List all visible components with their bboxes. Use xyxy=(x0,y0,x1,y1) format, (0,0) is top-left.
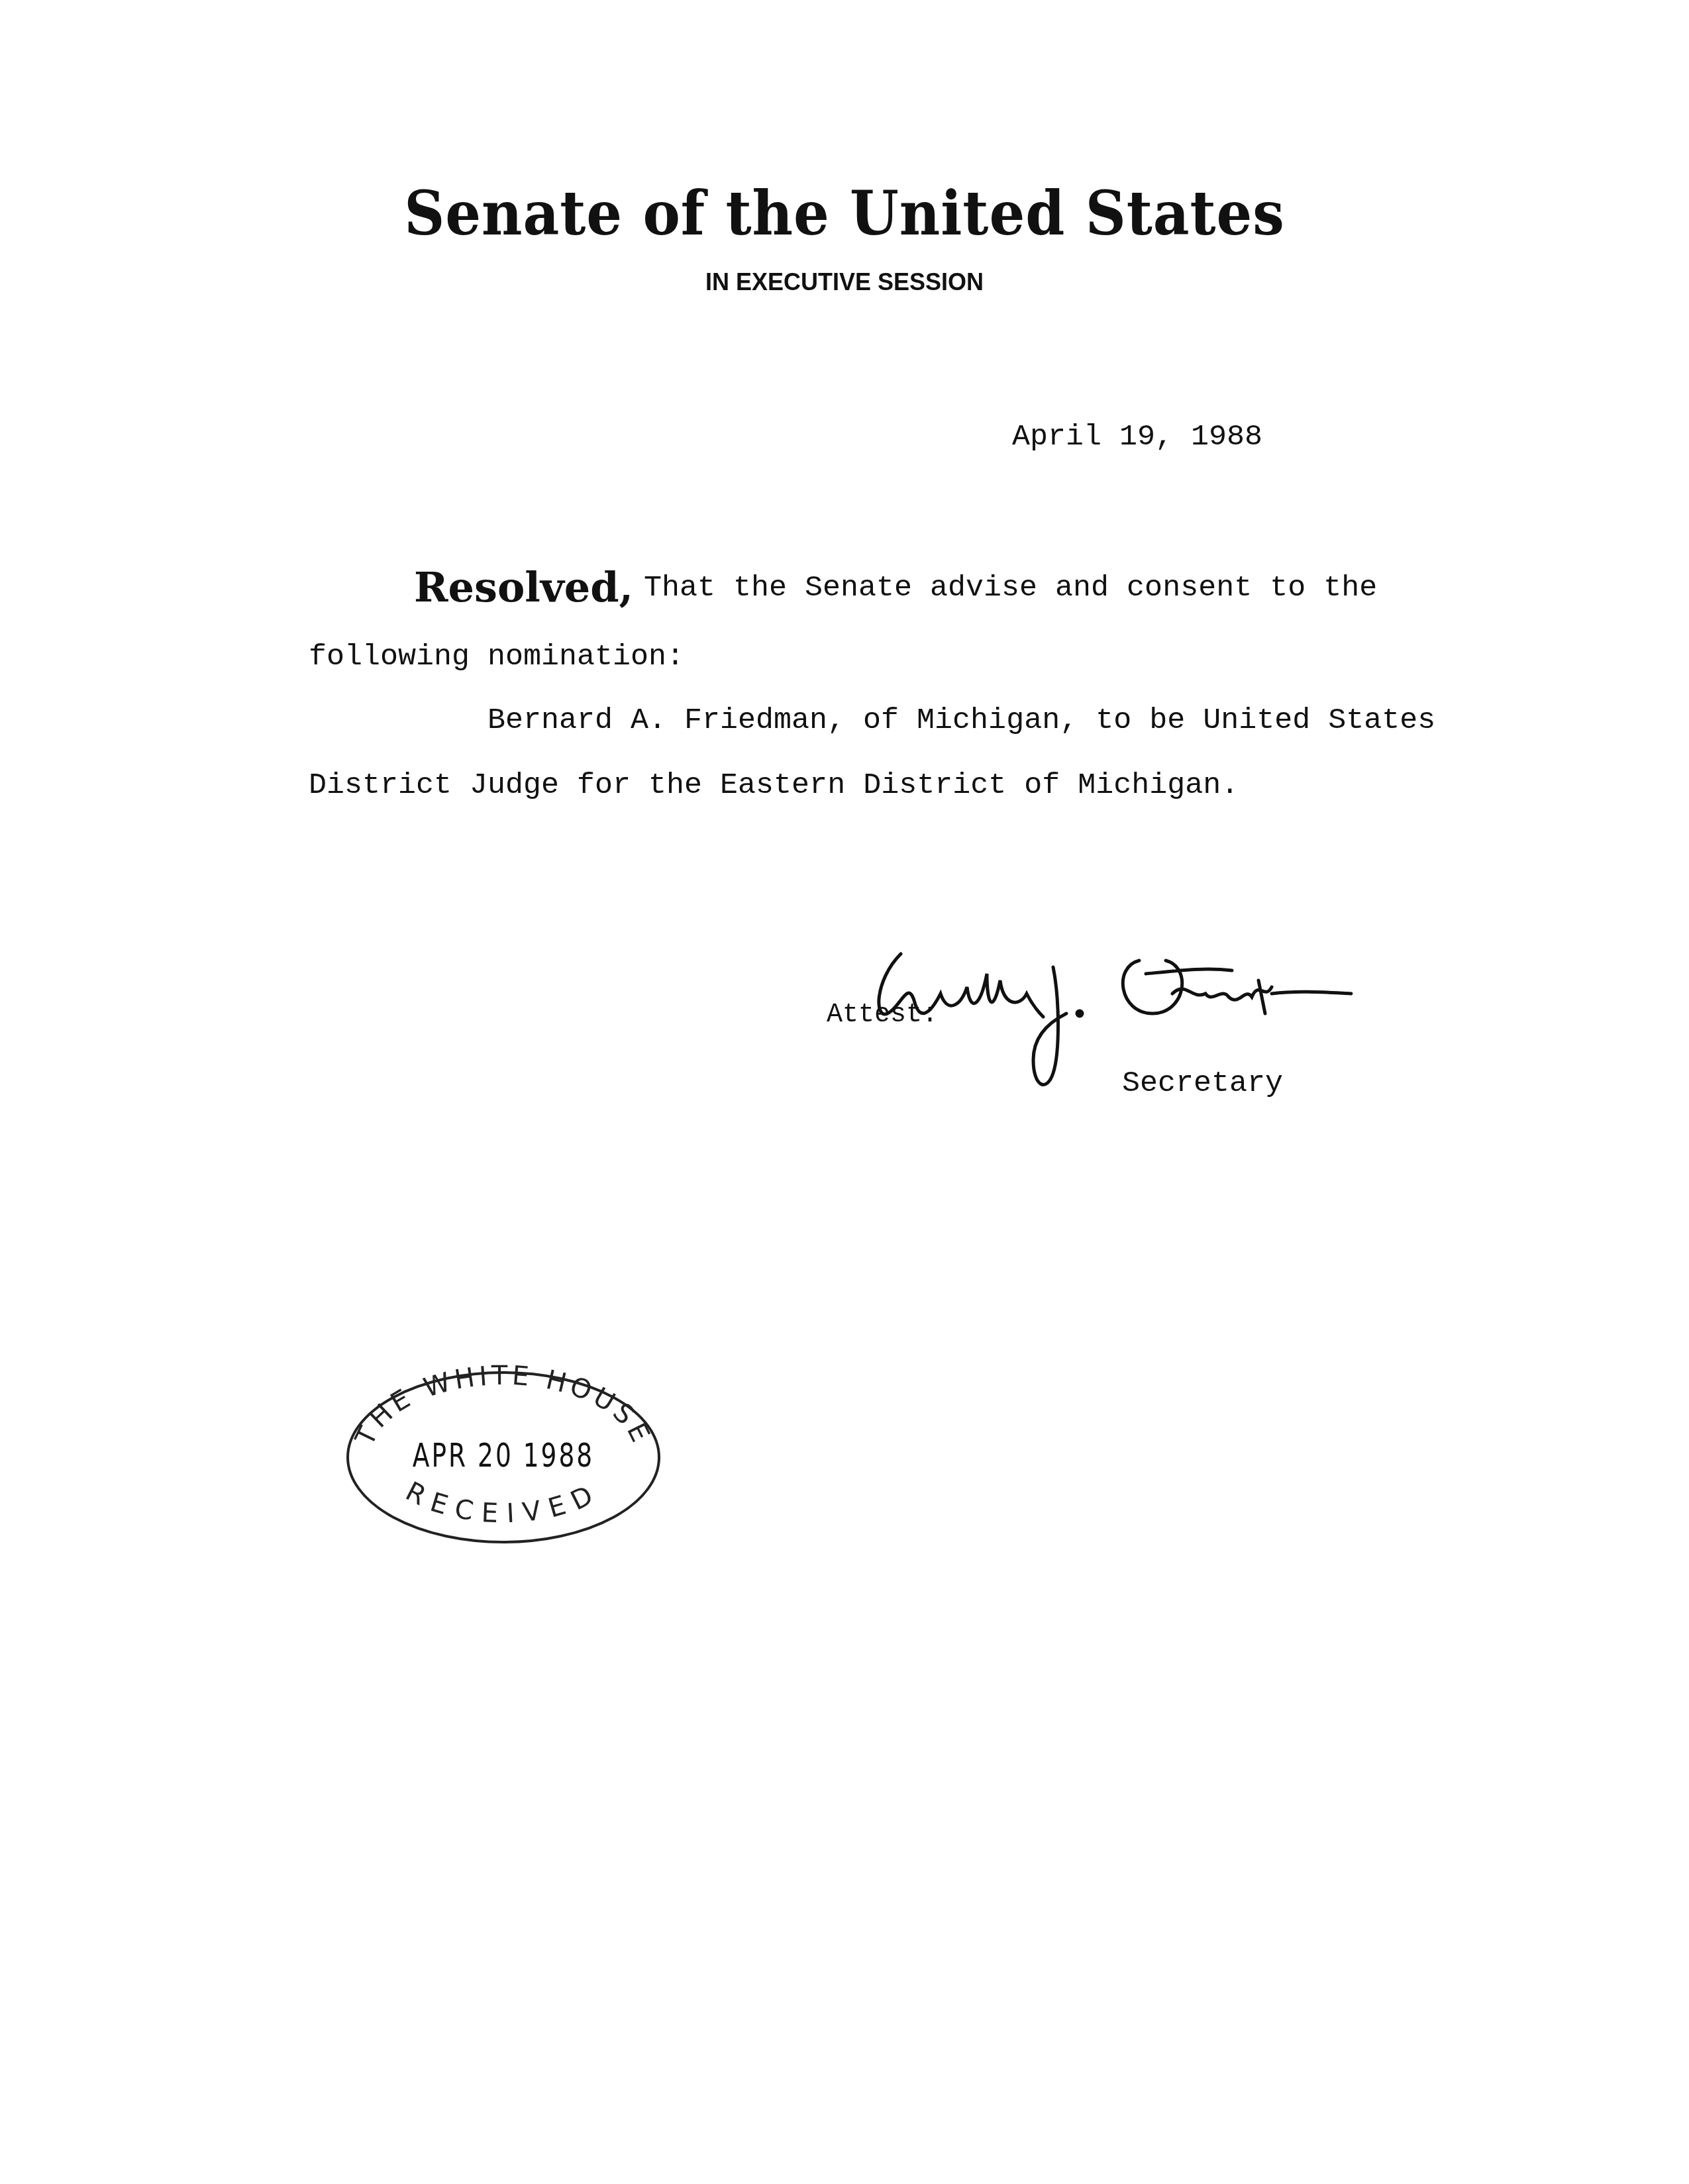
senate-masthead-title: Senate of the United States xyxy=(68,178,1621,249)
document-page: Senate of the United States IN EXECUTIVE… xyxy=(0,0,1689,2184)
session-subtitle: IN EXECUTIVE SESSION xyxy=(0,268,1689,296)
resolution-line-1: That the Senate advise and consent to th… xyxy=(644,571,1377,605)
document-date: April 19, 1988 xyxy=(1012,420,1262,454)
secretary-title: Secretary xyxy=(1122,1066,1283,1100)
stamp-bottom-text: RECEIVED xyxy=(401,1476,606,1529)
svg-text:RECEIVED: RECEIVED xyxy=(401,1476,606,1529)
resolution-line-2: following nomination: xyxy=(309,640,684,674)
stamp-date: APR 20 1988 xyxy=(374,1436,633,1475)
resolved-heading: Resolved, xyxy=(414,563,633,611)
white-house-received-stamp: THE WHITE HOUSE RECEIVED APR 20 1988 xyxy=(331,1358,676,1557)
nomination-line-2: District Judge for the Eastern District … xyxy=(309,768,1239,802)
nomination-line-1: Bernard A. Friedman, of Michigan, to be … xyxy=(487,703,1435,737)
